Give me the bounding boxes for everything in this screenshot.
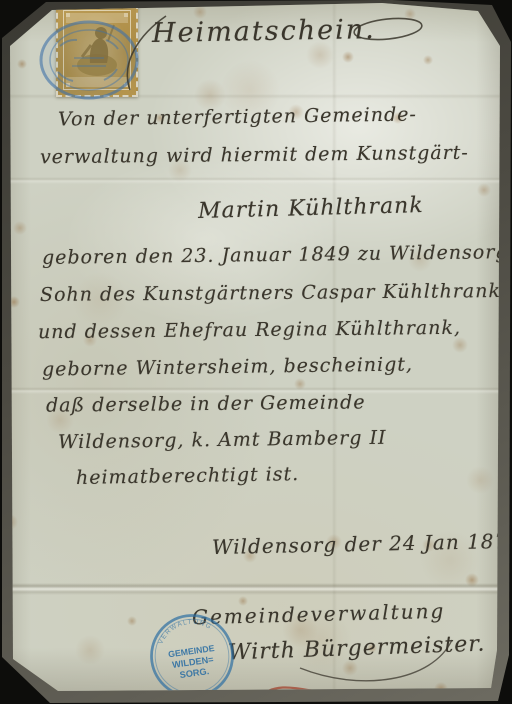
- handwritten-line: Wildensorg, k. Amt Bamberg II: [58, 427, 387, 454]
- handwritten-line: Von der unterfertigten Gemeinde-: [58, 103, 417, 130]
- svg-text:VERWALTUNG: VERWALTUNG: [155, 616, 215, 647]
- handwritten-line: verwaltung wird hiermit dem Kunstgärt-: [40, 142, 469, 168]
- handwritten-line: geborne Wintersheim, bescheinigt,: [42, 353, 413, 380]
- handwritten-line: heimatberechtigt ist.: [76, 463, 300, 489]
- handwritten-line: geboren den 23. Januar 1849 zu Wildensor…: [42, 241, 509, 269]
- document-paper: Heimatschein. Von der unterfertigten Gem…: [0, 0, 512, 704]
- scanned-document-photo: Heimatschein. Von der unterfertigten Gem…: [0, 0, 512, 704]
- handwritten-line: und dessen Ehefrau Regina Kühlthrank,: [38, 317, 461, 343]
- document-title: Heimatschein.: [152, 14, 376, 49]
- handwritten-line: Sohn des Kunstgärtners Caspar Kühlthrank: [40, 280, 501, 306]
- handwritten-date-line: Wildensorg der 24 Jan 187: [212, 529, 509, 559]
- postmark-cancellation: [34, 14, 154, 114]
- handwritten-name-line: Martin Kühlthrank: [198, 193, 424, 224]
- handwritten-line: daß derselbe in der Gemeinde: [46, 391, 366, 416]
- municipal-seal-stamp: VERWALTUNG GEMEINDE WILDEN= SORG.: [140, 604, 244, 704]
- seal-arc-text: VERWALTUNG: [155, 616, 215, 647]
- handwritten-signature: Wirth Bürgermeister.: [228, 632, 486, 666]
